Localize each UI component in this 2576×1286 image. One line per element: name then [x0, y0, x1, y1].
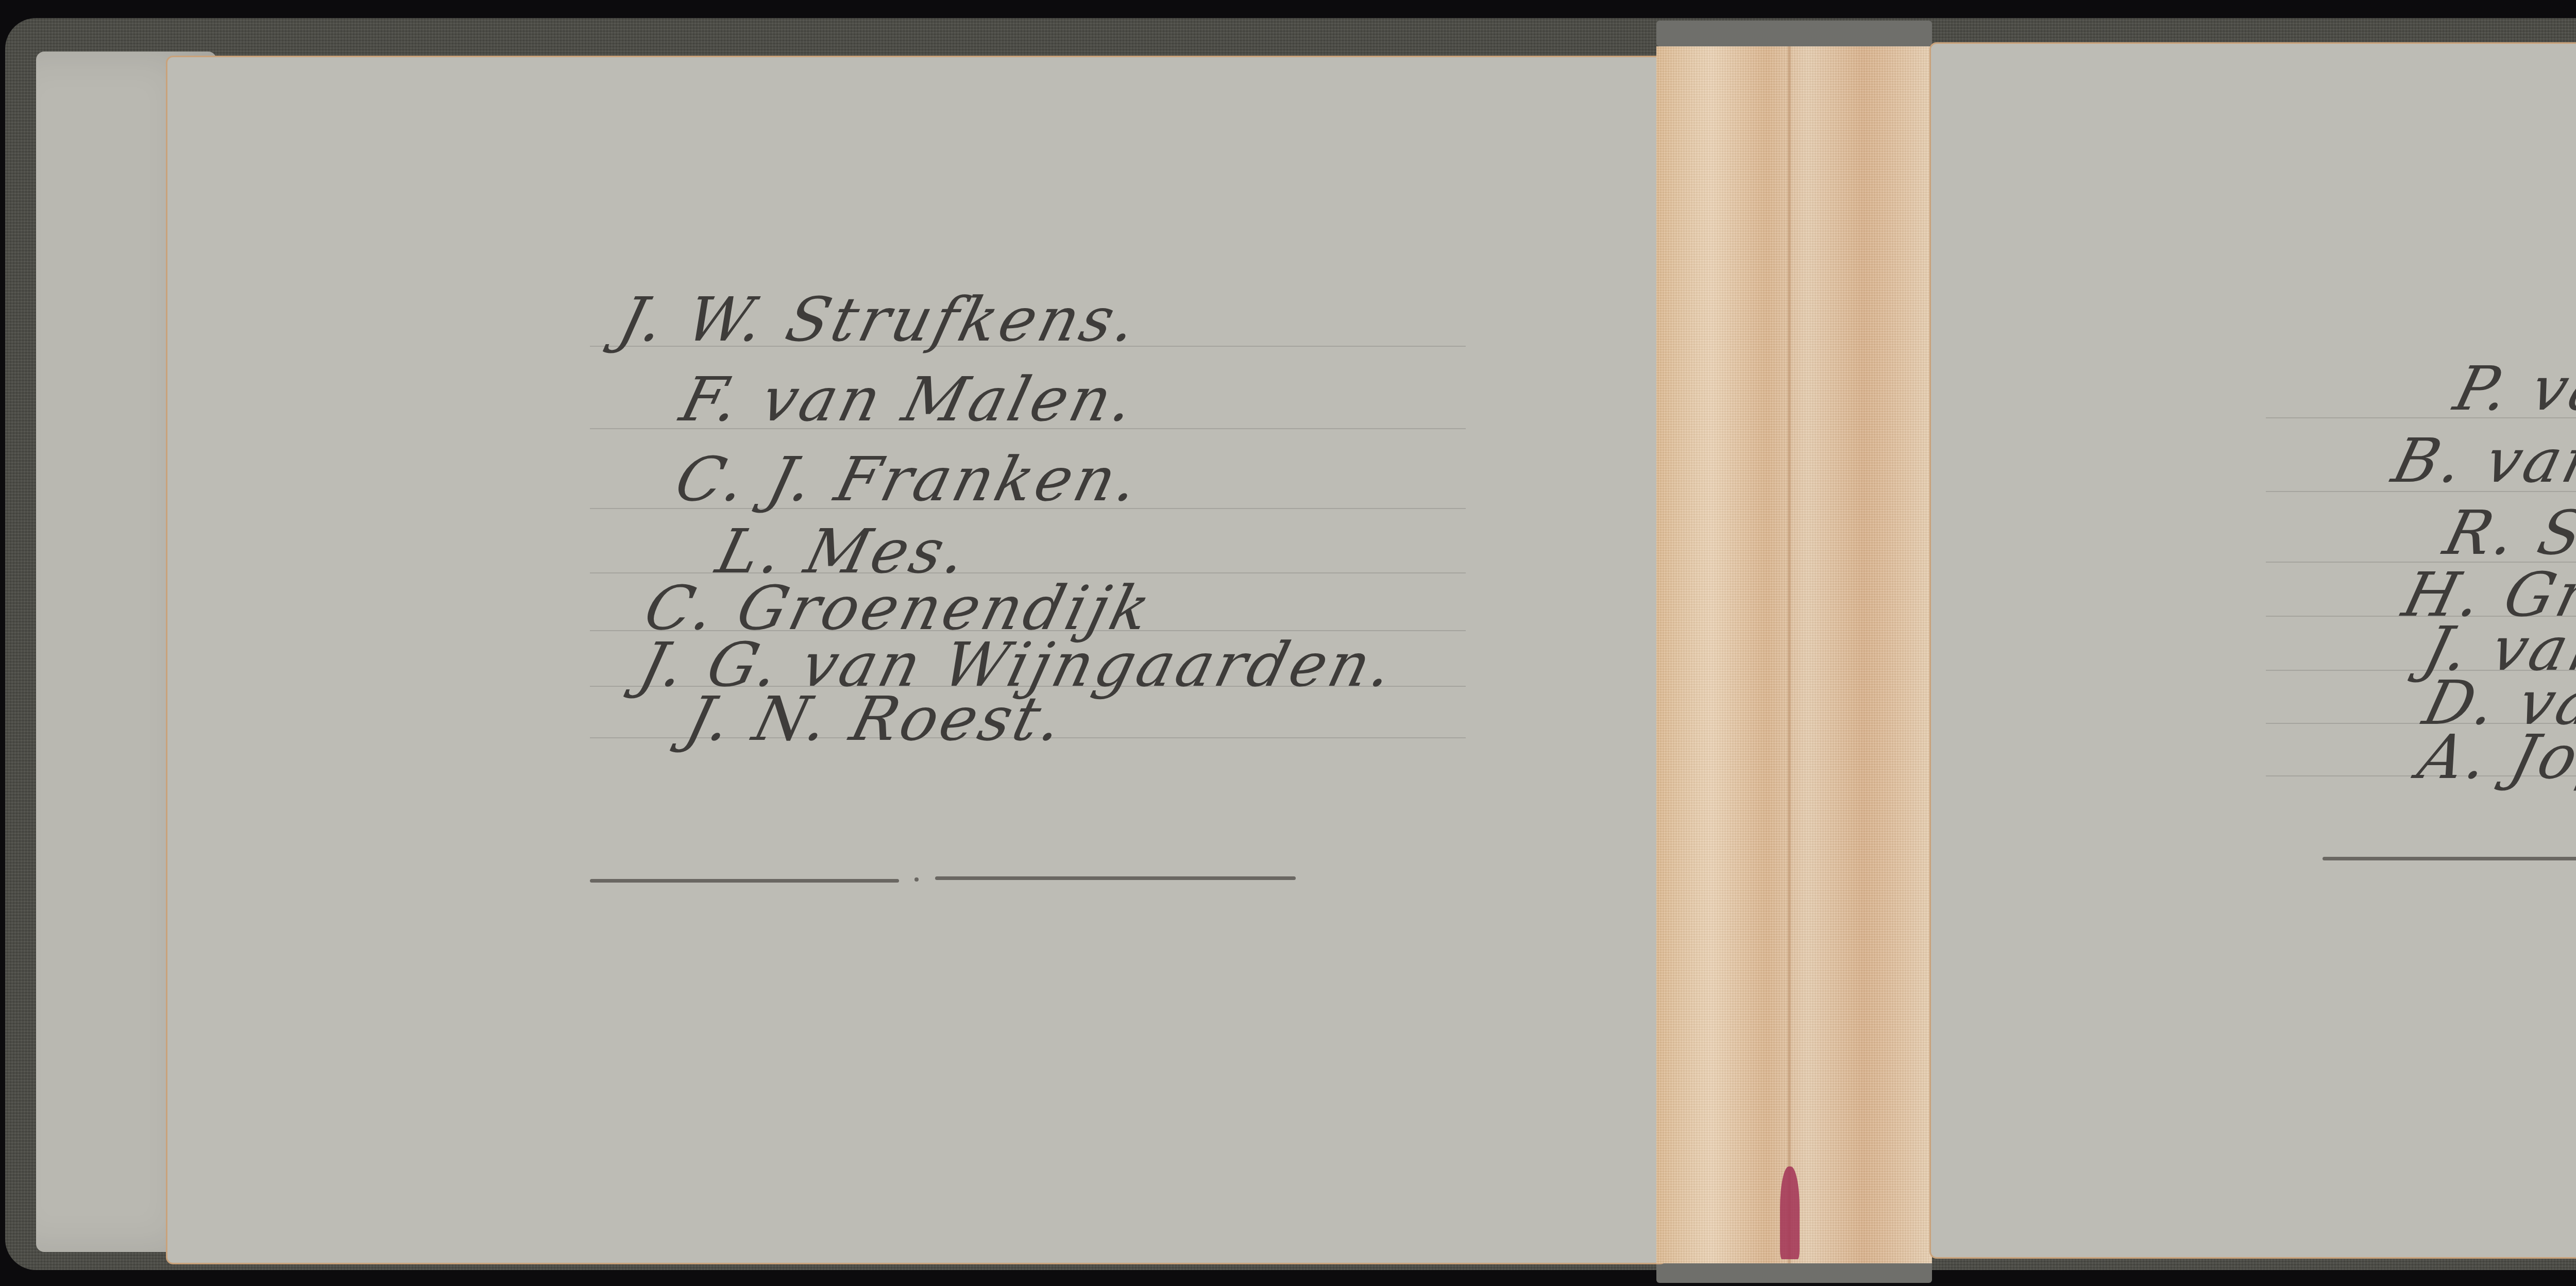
signature-name: P. van Rijk J [2448, 353, 2576, 424]
closing-flourish-line [590, 879, 899, 883]
signature: J. N. Roest. [679, 683, 1074, 754]
binding-gutter [1656, 46, 1932, 1263]
signature: C. J. Franken. [669, 444, 1149, 515]
gutter-seam [1788, 46, 1791, 1263]
red-stain [1780, 1166, 1800, 1259]
right-page: P. van Rijk Jr B. van Roosele Jr R. Scho… [1929, 42, 2576, 1259]
signature: A. Joppe. [2412, 721, 2576, 792]
signature: B. van Roosele Jr [2386, 425, 2576, 496]
closing-flourish-line [935, 876, 1296, 880]
closing-flourish-line [2323, 857, 2576, 860]
left-page: J. W. Strufkens. F. van Malen. C. J. Fra… [166, 56, 1667, 1264]
headband-top [1656, 21, 1932, 46]
signature: F. van Malen. [674, 364, 1145, 435]
closing-dot [914, 877, 919, 882]
signature: R. Schot. [2437, 497, 2576, 568]
signature: P. van Rijk Jr [2448, 353, 2576, 424]
signature: J. W. Strufkens. [612, 284, 1147, 355]
signature-name: B. van Roosele J [2386, 425, 2576, 496]
